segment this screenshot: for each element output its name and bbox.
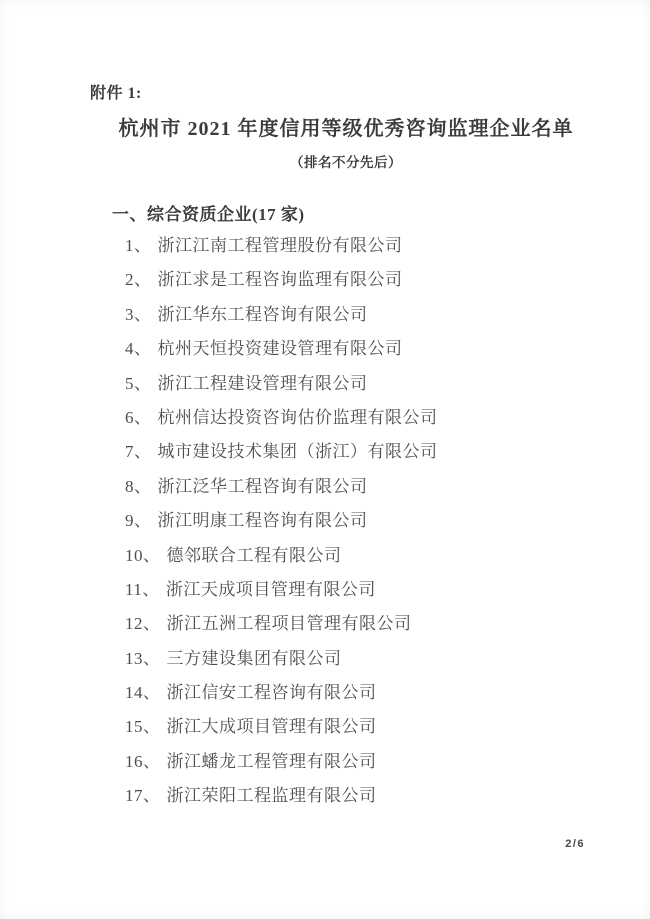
company-number: 6、 — [125, 408, 152, 427]
company-number: 17、 — [125, 786, 161, 805]
company-list-item: 2、浙江求是工程咨询监理有限公司 — [125, 263, 438, 297]
company-name: 德邻联合工程有限公司 — [167, 546, 342, 565]
company-list-item: 4、杭州天恒投资建设管理有限公司 — [125, 332, 438, 366]
company-name: 浙江明康工程咨询有限公司 — [158, 511, 368, 530]
company-number: 12、 — [125, 614, 161, 633]
company-list-item: 12、浙江五洲工程项目管理有限公司 — [125, 607, 438, 641]
company-list-item: 7、城市建设技术集团（浙江）有限公司 — [125, 435, 438, 469]
company-name: 杭州信达投资咨询估价监理有限公司 — [158, 408, 438, 427]
company-list-item: 1、浙江江南工程管理股份有限公司 — [125, 229, 438, 263]
company-number: 3、 — [125, 305, 152, 324]
company-list-item: 17、浙江荣阳工程监理有限公司 — [125, 779, 438, 813]
company-number: 15、 — [125, 717, 161, 736]
company-number: 5、 — [125, 374, 152, 393]
company-name: 浙江五洲工程项目管理有限公司 — [167, 614, 412, 633]
company-list-item: 15、浙江大成项目管理有限公司 — [125, 710, 438, 744]
company-number: 14、 — [125, 683, 161, 702]
company-list-item: 13、三方建设集团有限公司 — [125, 642, 438, 676]
attachment-label: 附件 1: — [90, 80, 142, 103]
company-name: 浙江蟠龙工程管理有限公司 — [167, 752, 377, 771]
company-list-item: 5、浙江工程建设管理有限公司 — [125, 367, 438, 401]
company-number: 4、 — [125, 339, 152, 358]
company-number: 7、 — [125, 442, 152, 461]
company-list: 1、浙江江南工程管理股份有限公司2、浙江求是工程咨询监理有限公司3、浙江华东工程… — [125, 229, 438, 814]
company-name: 浙江荣阳工程监理有限公司 — [167, 786, 377, 805]
company-number: 11、 — [125, 580, 160, 599]
company-name: 三方建设集团有限公司 — [167, 649, 342, 668]
document-subtitle: （排名不分先后） — [42, 151, 650, 171]
page-number: 2/6 — [0, 838, 585, 850]
company-number: 9、 — [125, 511, 152, 530]
company-list-item: 6、杭州信达投资咨询估价监理有限公司 — [125, 401, 438, 435]
company-list-item: 8、浙江泛华工程咨询有限公司 — [125, 470, 438, 504]
company-name: 浙江江南工程管理股份有限公司 — [158, 236, 403, 255]
company-list-item: 11、浙江天成项目管理有限公司 — [125, 573, 438, 607]
company-list-item: 14、浙江信安工程咨询有限公司 — [125, 676, 438, 710]
company-name: 浙江天成项目管理有限公司 — [166, 580, 376, 599]
company-number: 2、 — [125, 270, 152, 289]
company-name: 浙江工程建设管理有限公司 — [158, 374, 368, 393]
company-name: 浙江求是工程咨询监理有限公司 — [158, 270, 403, 289]
document-page: 附件 1: 杭州市 2021 年度信用等级优秀咨询监理企业名单 （排名不分先后）… — [0, 0, 650, 919]
company-number: 10、 — [125, 546, 161, 565]
company-list-item: 9、浙江明康工程咨询有限公司 — [125, 504, 438, 538]
company-list-item: 10、德邻联合工程有限公司 — [125, 539, 438, 573]
company-name: 浙江大成项目管理有限公司 — [167, 717, 377, 736]
company-name: 浙江华东工程咨询有限公司 — [158, 305, 368, 324]
company-number: 16、 — [125, 752, 161, 771]
company-name: 杭州天恒投资建设管理有限公司 — [158, 339, 403, 358]
company-name: 浙江信安工程咨询有限公司 — [167, 683, 377, 702]
company-list-item: 3、浙江华东工程咨询有限公司 — [125, 298, 438, 332]
company-list-item: 16、浙江蟠龙工程管理有限公司 — [125, 745, 438, 779]
company-number: 8、 — [125, 477, 152, 496]
company-name: 浙江泛华工程咨询有限公司 — [158, 477, 368, 496]
company-name: 城市建设技术集团（浙江）有限公司 — [158, 442, 438, 461]
section-heading: 一、综合资质企业(17 家) — [112, 200, 305, 225]
company-number: 13、 — [125, 649, 161, 668]
document-title: 杭州市 2021 年度信用等级优秀咨询监理企业名单 — [42, 112, 650, 141]
company-number: 1、 — [125, 236, 152, 255]
